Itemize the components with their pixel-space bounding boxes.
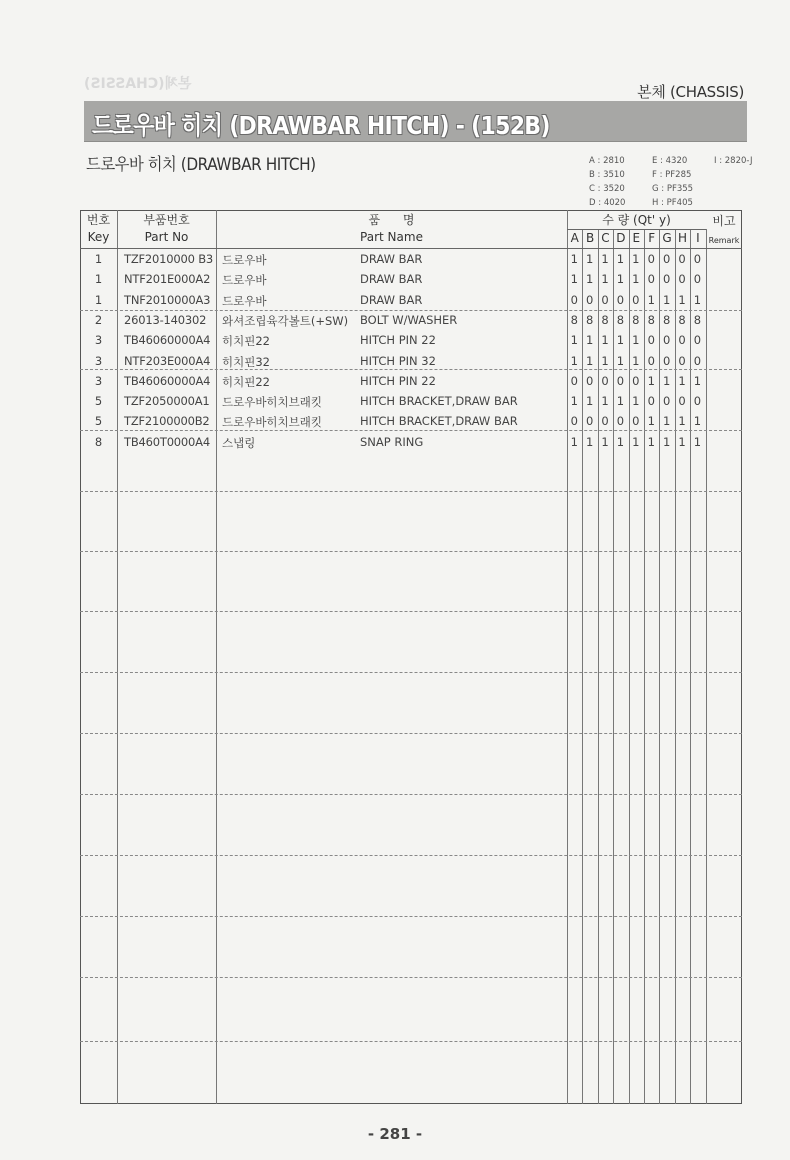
qty-cell: 1	[690, 374, 705, 388]
qty-cell: 1	[598, 333, 613, 347]
row-group-separator	[80, 794, 742, 795]
legend-column: A : 2810B : 3510C : 3520D : 4020	[589, 154, 625, 210]
qty-column-header: F	[644, 231, 659, 245]
part-name-en-cell: DRAW BAR	[360, 252, 422, 266]
qty-column-header: B	[582, 231, 597, 245]
part-name-en-cell: DRAW BAR	[360, 293, 422, 307]
legend-entry: H : PF405	[652, 196, 693, 210]
qty-cell: 1	[629, 333, 644, 347]
part-name-en-cell: HITCH PIN 22	[360, 374, 436, 388]
row-group-separator	[80, 916, 742, 917]
header-partno-kr: 부품번호	[117, 211, 216, 228]
title-banner: 드로우바 히치 (DRAWBAR HITCH) - (152B)	[84, 101, 747, 142]
part-name-kr-cell: 스냅링	[222, 435, 255, 451]
qty-cell: 1	[567, 272, 582, 286]
part-no-cell: TZF2010000 B3	[124, 252, 213, 266]
part-name-kr-cell: 드로우바	[222, 252, 266, 268]
qty-cell: 1	[567, 435, 582, 449]
row-group-separator	[80, 491, 742, 492]
qty-cell: 1	[567, 252, 582, 266]
qty-column-header: D	[613, 231, 628, 245]
qty-cell: 1	[613, 252, 628, 266]
legend-entry: E : 4320	[652, 154, 693, 168]
qty-cell: 0	[567, 414, 582, 428]
qty-cell: 1	[659, 414, 674, 428]
qty-cell: 0	[629, 293, 644, 307]
part-name-kr-cell: 히치핀22	[222, 374, 270, 390]
qty-cell: 0	[567, 374, 582, 388]
part-no-cell: NTF203E000A4	[124, 354, 210, 368]
table-row: 3TB46060000A4히치핀22HITCH PIN 22111110000	[80, 330, 742, 350]
part-name-kr-cell: 히치핀22	[222, 333, 270, 349]
qty-cell: 1	[582, 272, 597, 286]
qty-cell: 1	[629, 252, 644, 266]
qty-cell: 1	[659, 435, 674, 449]
part-name-kr-cell: 드로우바히치브래킷	[222, 414, 322, 430]
header-partname-kr: 품 명	[216, 211, 567, 228]
qty-cell: 1	[644, 293, 659, 307]
part-no-cell: TB46060000A4	[124, 374, 210, 388]
key-cell: 1	[80, 272, 117, 286]
qty-cell: 0	[690, 394, 705, 408]
section-label: 본체 (CHASSIS)	[637, 81, 744, 102]
key-cell: 3	[80, 354, 117, 368]
qty-cell: 1	[659, 374, 674, 388]
qty-cell: 1	[613, 272, 628, 286]
qty-cell: 1	[644, 435, 659, 449]
row-group-separator	[80, 733, 742, 734]
header-divider	[567, 229, 706, 230]
page-subtitle: 드로우바 히치 (DRAWBAR HITCH)	[86, 150, 316, 175]
qty-cell: 0	[644, 333, 659, 347]
qty-cell: 8	[629, 313, 644, 327]
qty-cell: 0	[675, 272, 690, 286]
part-name-en-cell: HITCH BRACKET,DRAW BAR	[360, 394, 518, 408]
qty-column-header: H	[675, 231, 690, 245]
qty-column-header: E	[629, 231, 644, 245]
qty-cell: 0	[582, 414, 597, 428]
legend-entry: D : 4020	[589, 196, 625, 210]
header-partname-en: Part Name	[216, 230, 567, 244]
part-name-en-cell: HITCH PIN 32	[360, 354, 436, 368]
qty-cell: 1	[675, 435, 690, 449]
part-name-en-cell: SNAP RING	[360, 435, 423, 449]
qty-cell: 1	[629, 272, 644, 286]
qty-cell: 1	[582, 252, 597, 266]
qty-cell: 1	[690, 414, 705, 428]
page-number: - 281 -	[0, 1125, 790, 1143]
qty-cell: 8	[582, 313, 597, 327]
key-cell: 2	[80, 313, 117, 327]
part-no-cell: TB460T0000A4	[124, 435, 210, 449]
qty-cell: 0	[629, 414, 644, 428]
row-group-separator	[80, 1041, 742, 1042]
qty-cell: 0	[675, 354, 690, 368]
qty-cell: 0	[659, 333, 674, 347]
header-remark-en: Remark	[706, 236, 742, 245]
part-no-cell: 26013-140302	[124, 313, 206, 327]
qty-cell: 0	[613, 293, 628, 307]
qty-cell: 1	[567, 333, 582, 347]
legend-entry: F : PF285	[652, 168, 693, 182]
legend-column: E : 4320F : PF285G : PF355H : PF405	[652, 154, 693, 210]
legend-entry: I : 2820-J	[714, 154, 752, 168]
page-title: 드로우바 히치 (DRAWBAR HITCH) - (152B)	[92, 106, 550, 142]
qty-cell: 1	[582, 435, 597, 449]
qty-cell: 1	[582, 394, 597, 408]
qty-cell: 0	[644, 394, 659, 408]
header-qty: 수 량 (Qt' y)	[567, 211, 706, 228]
qty-cell: 0	[644, 252, 659, 266]
qty-cell: 0	[598, 414, 613, 428]
table-row: 5TZF2100000B2드로우바히치브래킷HITCH BRACKET,DRAW…	[80, 411, 742, 431]
qty-cell: 1	[598, 272, 613, 286]
part-name-kr-cell: 드로우바	[222, 293, 266, 309]
qty-cell: 1	[675, 414, 690, 428]
qty-cell: 0	[598, 293, 613, 307]
qty-cell: 0	[690, 354, 705, 368]
table-row: 3TB46060000A4히치핀22HITCH PIN 22000001111	[80, 371, 742, 391]
table-row: 1TNF2010000A3드로우바DRAW BAR000001111	[80, 290, 742, 310]
qty-cell: 8	[675, 313, 690, 327]
qty-cell: 0	[644, 354, 659, 368]
header-key-en: Key	[80, 230, 117, 244]
qty-cell: 0	[659, 272, 674, 286]
qty-cell: 1	[690, 435, 705, 449]
row-group-separator	[80, 551, 742, 552]
qty-cell: 1	[582, 354, 597, 368]
part-name-en-cell: BOLT W/WASHER	[360, 313, 457, 327]
key-cell: 8	[80, 435, 117, 449]
qty-cell: 0	[629, 374, 644, 388]
qty-cell: 0	[613, 374, 628, 388]
qty-cell: 0	[659, 394, 674, 408]
qty-cell: 0	[690, 272, 705, 286]
qty-cell: 8	[659, 313, 674, 327]
row-group-separator	[80, 855, 742, 856]
qty-cell: 8	[598, 313, 613, 327]
qty-cell: 1	[613, 435, 628, 449]
table-row: 5TZF2050000A1드로우바히치브래킷HITCH BRACKET,DRAW…	[80, 391, 742, 411]
table-row: 226013-140302와셔조립육각볼트(+SW)BOLT W/WASHER8…	[80, 310, 742, 330]
legend-entry: C : 3520	[589, 182, 625, 196]
part-name-kr-cell: 와셔조립육각볼트(+SW)	[222, 313, 348, 329]
qty-cell: 0	[567, 293, 582, 307]
key-cell: 1	[80, 252, 117, 266]
qty-cell: 0	[582, 374, 597, 388]
table-row: 3NTF203E000A4히치핀32HITCH PIN 32111110000	[80, 351, 742, 371]
header-remark-kr: 비고	[706, 212, 742, 229]
legend-entry: G : PF355	[652, 182, 693, 196]
row-group-separator	[80, 672, 742, 673]
bleed-through-text: 본체(CHASSIS)	[84, 73, 192, 93]
part-no-cell: NTF201E000A2	[124, 272, 210, 286]
qty-cell: 0	[675, 252, 690, 266]
qty-cell: 0	[582, 293, 597, 307]
key-cell: 5	[80, 394, 117, 408]
qty-cell: 0	[675, 394, 690, 408]
part-name-en-cell: HITCH PIN 22	[360, 333, 436, 347]
qty-cell: 0	[613, 414, 628, 428]
key-cell: 3	[80, 333, 117, 347]
qty-cell: 1	[629, 394, 644, 408]
qty-cell: 0	[644, 272, 659, 286]
qty-cell: 0	[659, 354, 674, 368]
qty-cell: 0	[659, 252, 674, 266]
qty-column-header: I	[690, 231, 705, 245]
qty-cell: 1	[598, 394, 613, 408]
part-name-kr-cell: 드로우바히치브래킷	[222, 394, 322, 410]
legend-entry: B : 3510	[589, 168, 625, 182]
qty-column-header: G	[659, 231, 674, 245]
qty-cell: 0	[690, 333, 705, 347]
qty-cell: 1	[598, 435, 613, 449]
part-no-cell: TB46060000A4	[124, 333, 210, 347]
part-no-cell: TZF2100000B2	[124, 414, 210, 428]
qty-cell: 0	[690, 252, 705, 266]
qty-cell: 1	[613, 354, 628, 368]
qty-cell: 8	[690, 313, 705, 327]
qty-cell: 1	[567, 394, 582, 408]
qty-column-header: C	[598, 231, 613, 245]
qty-cell: 0	[598, 374, 613, 388]
qty-cell: 1	[613, 394, 628, 408]
key-cell: 5	[80, 414, 117, 428]
table-row: 1NTF201E000A2드로우바DRAW BAR111110000	[80, 269, 742, 289]
qty-cell: 8	[644, 313, 659, 327]
header-key-kr: 번호	[80, 211, 117, 228]
qty-cell: 1	[675, 374, 690, 388]
qty-cell: 0	[675, 333, 690, 347]
qty-cell: 1	[629, 435, 644, 449]
qty-cell: 1	[675, 293, 690, 307]
qty-cell: 1	[659, 293, 674, 307]
row-group-separator	[80, 977, 742, 978]
part-no-cell: TNF2010000A3	[124, 293, 210, 307]
key-cell: 1	[80, 293, 117, 307]
qty-cell: 1	[629, 354, 644, 368]
key-cell: 3	[80, 374, 117, 388]
qty-cell: 1	[644, 374, 659, 388]
qty-cell: 1	[598, 354, 613, 368]
part-name-en-cell: DRAW BAR	[360, 272, 422, 286]
table-row: 8TB460T0000A4스냅링SNAP RING111111111	[80, 432, 742, 452]
part-no-cell: TZF2050000A1	[124, 394, 210, 408]
qty-column-header: A	[567, 231, 582, 245]
part-name-en-cell: HITCH BRACKET,DRAW BAR	[360, 414, 518, 428]
table-row: 1TZF2010000 B3드로우바DRAW BAR111110000	[80, 249, 742, 269]
qty-cell: 8	[613, 313, 628, 327]
qty-cell: 1	[567, 354, 582, 368]
qty-cell: 1	[690, 293, 705, 307]
header-partno-en: Part No	[117, 230, 216, 244]
qty-cell: 1	[582, 333, 597, 347]
qty-cell: 1	[644, 414, 659, 428]
qty-cell: 1	[613, 333, 628, 347]
qty-cell: 8	[567, 313, 582, 327]
part-name-kr-cell: 드로우바	[222, 272, 266, 288]
legend-column: I : 2820-J	[714, 154, 752, 168]
row-group-separator	[80, 611, 742, 612]
legend-entry: A : 2810	[589, 154, 625, 168]
qty-cell: 1	[598, 252, 613, 266]
part-name-kr-cell: 히치핀32	[222, 354, 270, 370]
